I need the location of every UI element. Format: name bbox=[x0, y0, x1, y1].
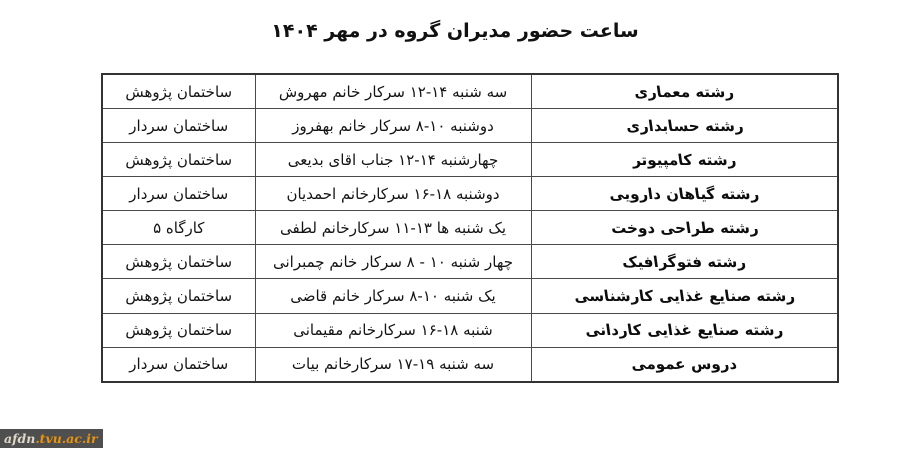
table-row: رشته کامپیوتر چهارشنبه ۱۴-۱۲ جناب اقای ب… bbox=[102, 143, 838, 177]
schedule-cell: شنبه ۱۸-۱۶ سرکارخانم مقیمانی bbox=[255, 313, 531, 347]
table-row: رشته گیاهان دارویی دوشنبه ۱۸-۱۶ سرکارخان… bbox=[102, 177, 838, 211]
field-name: رشته گیاهان دارویی bbox=[608, 185, 761, 203]
location-cell: کارگاه ۵ bbox=[102, 211, 255, 245]
table-row: رشته صنایع غذایی کاردانی شنبه ۱۸-۱۶ سرکا… bbox=[102, 313, 838, 347]
field-cell: رشته فتوگرافیک bbox=[531, 245, 838, 279]
table-row: دروس عمومی سه شنبه ۱۹-۱۷ سرکارخانم بیات … bbox=[102, 347, 838, 382]
field-name: رشته صنایع غذایی کاردانی bbox=[584, 321, 784, 339]
field-name: رشته فتوگرافیک bbox=[621, 253, 747, 271]
location-cell: ساختمان پژوهش bbox=[102, 313, 255, 347]
schedule-cell: سه شنبه ۱۴-۱۲ سرکار خانم مهروش bbox=[255, 74, 531, 109]
location-cell: ساختمان سردار bbox=[102, 109, 255, 143]
page-title: ساعت حضور مدیران گروه در مهر ۱۴۰۴ bbox=[0, 20, 900, 42]
schedule-table: رشته معماری سه شنبه ۱۴-۱۲ سرکار خانم مهر… bbox=[101, 73, 839, 383]
field-name: رشته حسابداری bbox=[624, 117, 744, 135]
schedule-cell: چهارشنبه ۱۴-۱۲ جناب اقای بدیعی bbox=[255, 143, 531, 177]
field-cell: رشته صنایع غذایی کارشناسی bbox=[531, 279, 838, 313]
schedule-cell: یک شنبه ها ۱۳-۱۱ سرکارخانم لطفی bbox=[255, 211, 531, 245]
field-cell: رشته صنایع غذایی کاردانی bbox=[531, 313, 838, 347]
location-cell: ساختمان سردار bbox=[102, 347, 255, 382]
location-cell: ساختمان سردار bbox=[102, 177, 255, 211]
document-page: ساعت حضور مدیران گروه در مهر ۱۴۰۴ رشته م… bbox=[0, 0, 900, 458]
schedule-cell: دوشنبه ۱۸-۱۶ سرکارخانم احمدیان bbox=[255, 177, 531, 211]
location-cell: ساختمان پژوهش bbox=[102, 245, 255, 279]
table-row: رشته صنایع غذایی کارشناسی یک شنبه ۱۰-۸ س… bbox=[102, 279, 838, 313]
field-cell: رشته طراحی دوخت bbox=[531, 211, 838, 245]
field-name: رشته کامپیوتر bbox=[631, 151, 738, 169]
table-row: رشته حسابداری دوشنبه ۱۰-۸ سرکار خانم بهف… bbox=[102, 109, 838, 143]
field-name: رشته صنایع غذایی کارشناسی bbox=[573, 287, 796, 305]
field-cell: دروس عمومی bbox=[531, 347, 838, 382]
watermark-site-suffix: .tvu.ac.ir bbox=[35, 429, 97, 448]
watermark-badge: afdn.tvu.ac.ir bbox=[0, 429, 103, 448]
watermark-site-prefix: afdn bbox=[4, 429, 35, 448]
schedule-cell: سه شنبه ۱۹-۱۷ سرکارخانم بیات bbox=[255, 347, 531, 382]
location-cell: ساختمان پژوهش bbox=[102, 74, 255, 109]
field-cell: رشته گیاهان دارویی bbox=[531, 177, 838, 211]
location-cell: ساختمان پژوهش bbox=[102, 143, 255, 177]
table-row: رشته معماری سه شنبه ۱۴-۱۲ سرکار خانم مهر… bbox=[102, 74, 838, 109]
schedule-cell: یک شنبه ۱۰-۸ سرکار خانم قاضی bbox=[255, 279, 531, 313]
schedule-cell: دوشنبه ۱۰-۸ سرکار خانم بهفروز bbox=[255, 109, 531, 143]
table-row: رشته فتوگرافیک چهار شنبه ۱۰ - ۸ سرکار خا… bbox=[102, 245, 838, 279]
location-cell: ساختمان پژوهش bbox=[102, 279, 255, 313]
field-name: رشته طراحی دوخت bbox=[609, 219, 759, 237]
table-row: رشته طراحی دوخت یک شنبه ها ۱۳-۱۱ سرکارخا… bbox=[102, 211, 838, 245]
field-name: دروس عمومی bbox=[630, 355, 738, 373]
schedule-cell: چهار شنبه ۱۰ - ۸ سرکار خانم چمبرانی bbox=[255, 245, 531, 279]
field-cell: رشته معماری bbox=[531, 74, 838, 109]
field-cell: رشته حسابداری bbox=[531, 109, 838, 143]
field-cell: رشته کامپیوتر bbox=[531, 143, 838, 177]
field-name: رشته معماری bbox=[633, 83, 735, 101]
